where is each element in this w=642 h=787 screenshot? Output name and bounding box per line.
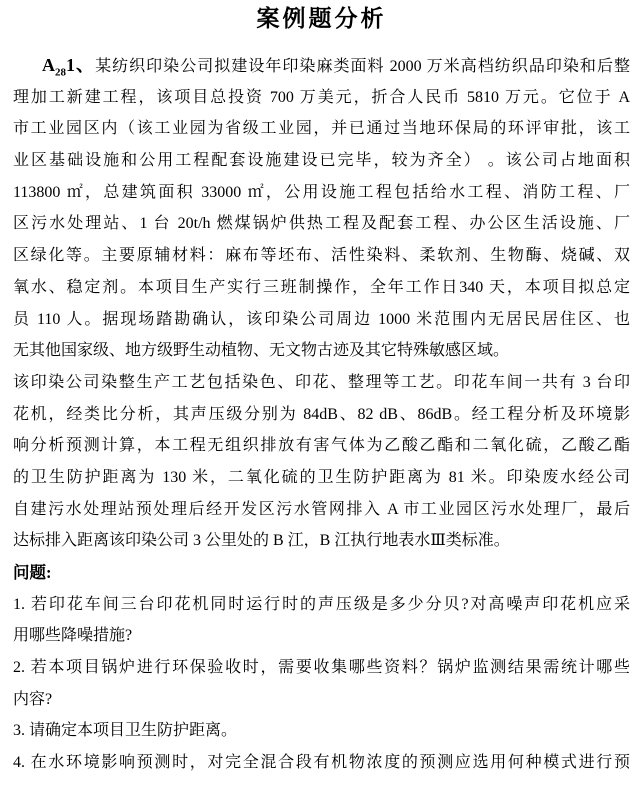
case-marker-number: 1、 — [66, 55, 95, 75]
question2-line2: 内容? — [13, 684, 630, 716]
case-intro-text: 某纺织印染公司拟建设年印染麻类面料 2000 万米高档纺织品印染和后整 — [95, 58, 630, 75]
document-page: 案例题分析 A281、某纺织印染公司拟建设年印染麻类面料 2000 万米高档纺织… — [0, 0, 642, 787]
question1-line1: 1. 若印花车间三台印花机同时运行时的声压级是多少分贝?对高噪声印花机应采 — [13, 589, 630, 621]
page-title: 案例题分析 — [13, 5, 630, 33]
para1-line2: 理加工新建工程，该项目总投资 700 万美元，折合人民币 5810 万元。它位于… — [13, 82, 630, 114]
para2-line6: 达标排入距离该印染公司 3 公里处的 B 江，B 江执行地表水Ⅲ类标准。 — [13, 525, 630, 557]
case-number-marker: A281、 — [42, 55, 95, 75]
para1-line4: 业区基础设施和公用工程配套设施建设已完毕，较为齐全） 。该公司占地面积 — [13, 145, 630, 177]
questions-heading: 问题: — [13, 557, 630, 589]
question1-line2: 用哪些降噪措施? — [13, 620, 630, 652]
para1-line1: A281、某纺织印染公司拟建设年印染麻类面料 2000 万米高档纺织品印染和后整 — [13, 50, 630, 82]
para2-line3: 响分析预测计算，本工程无组织排放有害气体为乙酸乙酯和二氧化硫，乙酸乙酯 — [13, 430, 630, 462]
para2-line5: 自建污水处理站预处理后经开发区污水管网排入 A 市工业园区污水处理厂，最后 — [13, 494, 630, 526]
para1-line9: 员 110 人。据现场踏勘确认，该印染公司周边 1000 米范围内无居民居住区、… — [13, 304, 630, 336]
para1-line7: 区绿化等。主要原辅材料：麻布等坯布、活性染料、柔软剂、生物酶、烧碱、双 — [13, 240, 630, 272]
case-marker-letter: A — [42, 55, 55, 75]
question3-line1: 3. 请确定本项目卫生防护距离。 — [13, 715, 630, 747]
para1-line8: 氧水、稳定剂。本项目生产实行三班制操作，全年工作日340 天，本项目拟总定 — [13, 272, 630, 304]
document-body: A281、某纺织印染公司拟建设年印染麻类面料 2000 万米高档纺织品印染和后整… — [13, 50, 630, 779]
para2-line2: 花机，经类比分析，其声压级分别为 84dB、82 dB、86dB。经工程分析及环… — [13, 399, 630, 431]
para2-line1: 该印染公司染整生产工艺包括染色、印花、整理等工艺。印花车间一共有 3 台印 — [13, 367, 630, 399]
question2-line1: 2. 若本项目锅炉进行环保验收时，需要收集哪些资料？锅炉监测结果需统计哪些 — [13, 652, 630, 684]
para1-line3: 市工业园区内（该工业园为省级工业园，并已通过当地环保局的环评审批，该工 — [13, 113, 630, 145]
para1-line6: 区污水处理站、1 台 20t/h 燃煤锅炉供热工程及配套工程、办公区生活设施、厂 — [13, 208, 630, 240]
para1-line5: 113800 ㎡，总建筑面积 33000 ㎡，公用设施工程包括给水工程、消防工程… — [13, 177, 630, 209]
para1-line10: 无其他国家级、地方级野生动植物、无文物古迹及其它特殊敏感区域。 — [13, 335, 630, 367]
question4-line1: 4. 在水环境影响预测时，对完全混合段有机物浓度的预测应选用何种模式进行预 — [13, 747, 630, 779]
para2-line4: 的卫生防护距离为 130 米，二氧化硫的卫生防护距离为 81 米。印染废水经公司 — [13, 462, 630, 494]
case-marker-subscript: 28 — [55, 67, 66, 79]
